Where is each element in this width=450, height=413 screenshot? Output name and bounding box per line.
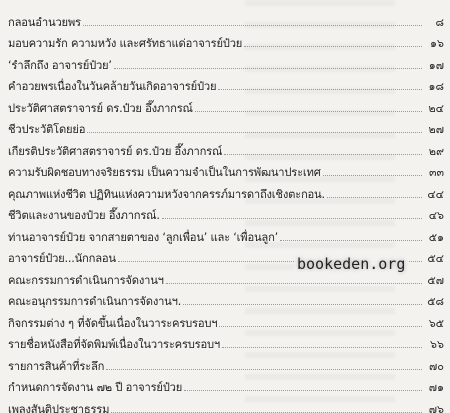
dot-leader bbox=[106, 369, 422, 370]
toc-entry: เพลงสันติประชาธรรม๗๖ bbox=[8, 395, 444, 413]
dot-leader bbox=[183, 304, 422, 305]
toc-entry-page: ๒๗ bbox=[424, 123, 444, 137]
dot-leader bbox=[87, 132, 422, 133]
toc-entry: มอบความรัก ความหวัง และศรัทธาแด่อาจารย์ป… bbox=[8, 30, 444, 52]
toc-entry-title: กำหนดการจัดงาน ๗๒ ปี อาจารย์ป๋วย bbox=[8, 381, 182, 395]
dot-leader bbox=[184, 390, 422, 391]
dot-leader bbox=[218, 89, 422, 90]
table-of-contents: กลอนอำนวยพร๘ มอบความรัก ความหวัง และศรัท… bbox=[8, 8, 444, 413]
watermark: bookeden.org bbox=[294, 255, 408, 273]
toc-entry-page: ๕๑ bbox=[424, 231, 444, 245]
dot-leader bbox=[327, 197, 422, 198]
dot-leader bbox=[83, 25, 422, 26]
dot-leader bbox=[224, 154, 422, 155]
toc-entry: ความรับผิดชอบทางจริยธรรม เป็นความจำเป็นใ… bbox=[8, 159, 444, 181]
dot-leader bbox=[280, 240, 422, 241]
toc-entry: กำหนดการจัดงาน ๗๒ ปี อาจารย์ป๋วย๗๑ bbox=[8, 374, 444, 396]
dot-leader bbox=[195, 111, 422, 112]
toc-entry-page: ๖๕ bbox=[424, 317, 444, 331]
dot-leader bbox=[244, 46, 422, 47]
dot-leader bbox=[222, 347, 422, 348]
toc-entry-title: คณะกรรมการดำเนินการจัดงานฯ bbox=[8, 274, 164, 288]
dot-leader bbox=[323, 175, 422, 176]
toc-entry: กลอนอำนวยพร๘ bbox=[8, 8, 444, 30]
toc-entry-page: ๔๔ bbox=[424, 188, 444, 202]
toc-entry: รายชื่อหนังสือที่จัดพิมพ์เนื่องในวาระครบ… bbox=[8, 331, 444, 353]
toc-entry-title: รายการสินค้าที่ระลึก bbox=[8, 360, 104, 374]
toc-entry-page: ๗๐ bbox=[424, 360, 444, 374]
toc-entry-title: คณะอนุกรรมการดำเนินการจัดงานฯ. bbox=[8, 295, 181, 309]
toc-entry-title: ‘รำลึกถึง อาจารย์ป๋วย’ bbox=[8, 59, 112, 73]
toc-entry-page: ๕๔ bbox=[424, 252, 444, 266]
toc-entry-title: รายชื่อหนังสือที่จัดพิมพ์เนื่องในวาระครบ… bbox=[8, 338, 220, 352]
dot-leader bbox=[111, 412, 422, 413]
toc-entry: ประวัติศาสตราจารย์ ดร.ป๋วย อึ๊งภากรณ์๒๔ bbox=[8, 94, 444, 116]
toc-entry: ชีวประวัติโดยย่อ๒๗ bbox=[8, 116, 444, 138]
toc-entry-title: ความรับผิดชอบทางจริยธรรม เป็นความจำเป็นใ… bbox=[8, 166, 321, 180]
toc-entry-page: ๘ bbox=[424, 16, 444, 30]
toc-entry: คำอวยพรเนื่องในวันคล้ายวันเกิดอาจารย์ป๋ว… bbox=[8, 73, 444, 95]
toc-entry: รายการสินค้าที่ระลึก๗๐ bbox=[8, 352, 444, 374]
toc-entry: คุณภาพแห่งชีวิต ปฏิทินแห่งความหวังจากครร… bbox=[8, 180, 444, 202]
toc-entry-title: กิจกรรมต่าง ๆ ที่จัดขึ้นเนื่องในวาระครบร… bbox=[8, 317, 217, 331]
toc-entry-page: ๕๗ bbox=[424, 274, 444, 288]
toc-entry-page: ๗๖ bbox=[424, 403, 444, 413]
toc-entry: ชีวิตและงานของป๋วย อึ๊งภากรณ์.๔๖ bbox=[8, 202, 444, 224]
toc-entry-page: ๑๖ bbox=[424, 37, 444, 51]
toc-entry-page: ๓๓ bbox=[424, 166, 444, 180]
toc-entry-title: มอบความรัก ความหวัง และศรัทธาแด่อาจารย์ป… bbox=[8, 37, 242, 51]
toc-entry: คณะอนุกรรมการดำเนินการจัดงานฯ.๕๘ bbox=[8, 288, 444, 310]
toc-entry-title: อาจารย์ป๋วย...นักกลอน bbox=[8, 252, 116, 266]
dot-leader bbox=[114, 68, 422, 69]
toc-entry-page: ๗๑ bbox=[424, 381, 444, 395]
toc-entry: เกียรติประวัติศาสตราจารย์ ดร.ป๋วย อึ๊งภา… bbox=[8, 137, 444, 159]
toc-entry-page: ๔๖ bbox=[424, 209, 444, 223]
toc-entry-page: ๕๘ bbox=[424, 295, 444, 309]
toc-entry: กิจกรรมต่าง ๆ ที่จัดขึ้นเนื่องในวาระครบร… bbox=[8, 309, 444, 331]
toc-entry-title: คำอวยพรเนื่องในวันคล้ายวันเกิดอาจารย์ป๋ว… bbox=[8, 80, 216, 94]
toc-entry-title: เกียรติประวัติศาสตราจารย์ ดร.ป๋วย อึ๊งภา… bbox=[8, 145, 222, 159]
toc-entry-title: ท่านอาจารย์ป๋วย จากสายตาของ ‘ลูกเพื่อน’ … bbox=[8, 231, 278, 245]
toc-entry-title: เพลงสันติประชาธรรม bbox=[8, 403, 109, 413]
toc-entry-page: ๖๖ bbox=[424, 338, 444, 352]
toc-entry-page: ๑๗ bbox=[424, 59, 444, 73]
dot-leader bbox=[166, 283, 422, 284]
toc-entry-page: ๑๘ bbox=[424, 80, 444, 94]
toc-entry-title: ประวัติศาสตราจารย์ ดร.ป๋วย อึ๊งภากรณ์ bbox=[8, 102, 193, 116]
dot-leader bbox=[219, 326, 422, 327]
toc-entry: ท่านอาจารย์ป๋วย จากสายตาของ ‘ลูกเพื่อน’ … bbox=[8, 223, 444, 245]
toc-entry-title: กลอนอำนวยพร bbox=[8, 16, 81, 30]
toc-entry-title: คุณภาพแห่งชีวิต ปฏิทินแห่งความหวังจากครร… bbox=[8, 188, 325, 202]
toc-entry-page: ๒๔ bbox=[424, 102, 444, 116]
toc-entry-title: ชีวิตและงานของป๋วย อึ๊งภากรณ์. bbox=[8, 209, 160, 223]
toc-entry-title: ชีวประวัติโดยย่อ bbox=[8, 123, 85, 137]
toc-entry: ‘รำลึกถึง อาจารย์ป๋วย’๑๗ bbox=[8, 51, 444, 73]
dot-leader bbox=[162, 218, 422, 219]
toc-entry-page: ๒๙ bbox=[424, 145, 444, 159]
